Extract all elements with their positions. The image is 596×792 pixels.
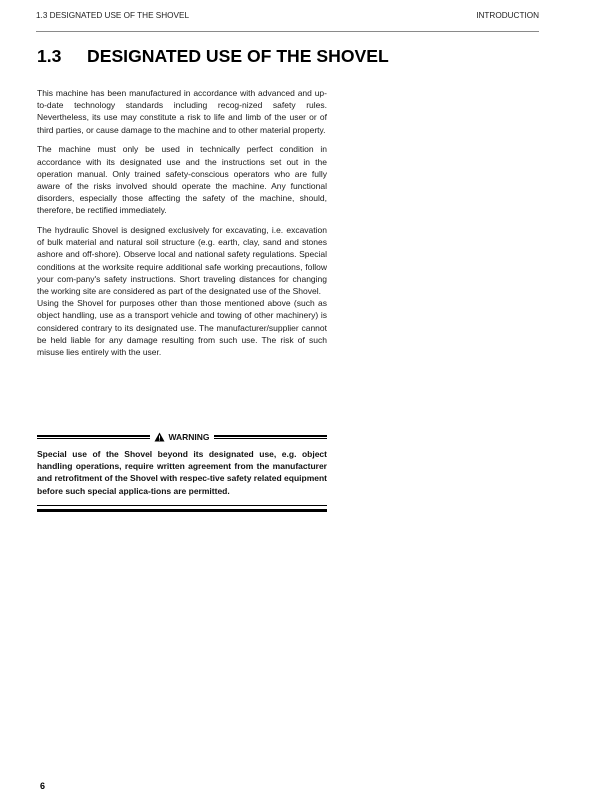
- section-number: 1.3: [37, 46, 87, 67]
- warning-rule-left: [37, 435, 150, 439]
- warning-label: WARNING: [150, 432, 213, 442]
- warning-bottom-rule: [37, 505, 327, 512]
- warning-text: Special use of the Shovel beyond its des…: [37, 448, 327, 497]
- warning-bottom-thin-line: [37, 505, 327, 506]
- warning-box: WARNING Special use of the Shovel beyond…: [37, 430, 327, 512]
- warning-triangle-icon: [154, 432, 165, 442]
- paragraph-misuse: Using the Shovel for purposes other than…: [37, 297, 327, 358]
- warning-header: WARNING: [37, 430, 327, 444]
- body-column: This machine has been manufactured in ac…: [37, 87, 327, 366]
- running-header-left: 1.3 DESIGNATED USE OF THE SHOVEL: [36, 11, 189, 20]
- section-title-text: DESIGNATED USE OF THE SHOVEL: [87, 46, 389, 66]
- page-number: 6: [40, 781, 45, 791]
- running-header-right: INTRODUCTION: [476, 11, 539, 20]
- paragraph-designated-use: The hydraulic Shovel is designed exclusi…: [37, 224, 327, 297]
- header-divider: [36, 31, 539, 32]
- warning-bottom-thick-line: [37, 509, 327, 512]
- paragraph-condition: The machine must only be used in technic…: [37, 143, 327, 216]
- warning-label-text: WARNING: [168, 432, 209, 442]
- warning-rule-right: [214, 435, 327, 439]
- section-title: 1.3DESIGNATED USE OF THE SHOVEL: [37, 46, 389, 67]
- paragraph-intro: This machine has been manufactured in ac…: [37, 87, 327, 136]
